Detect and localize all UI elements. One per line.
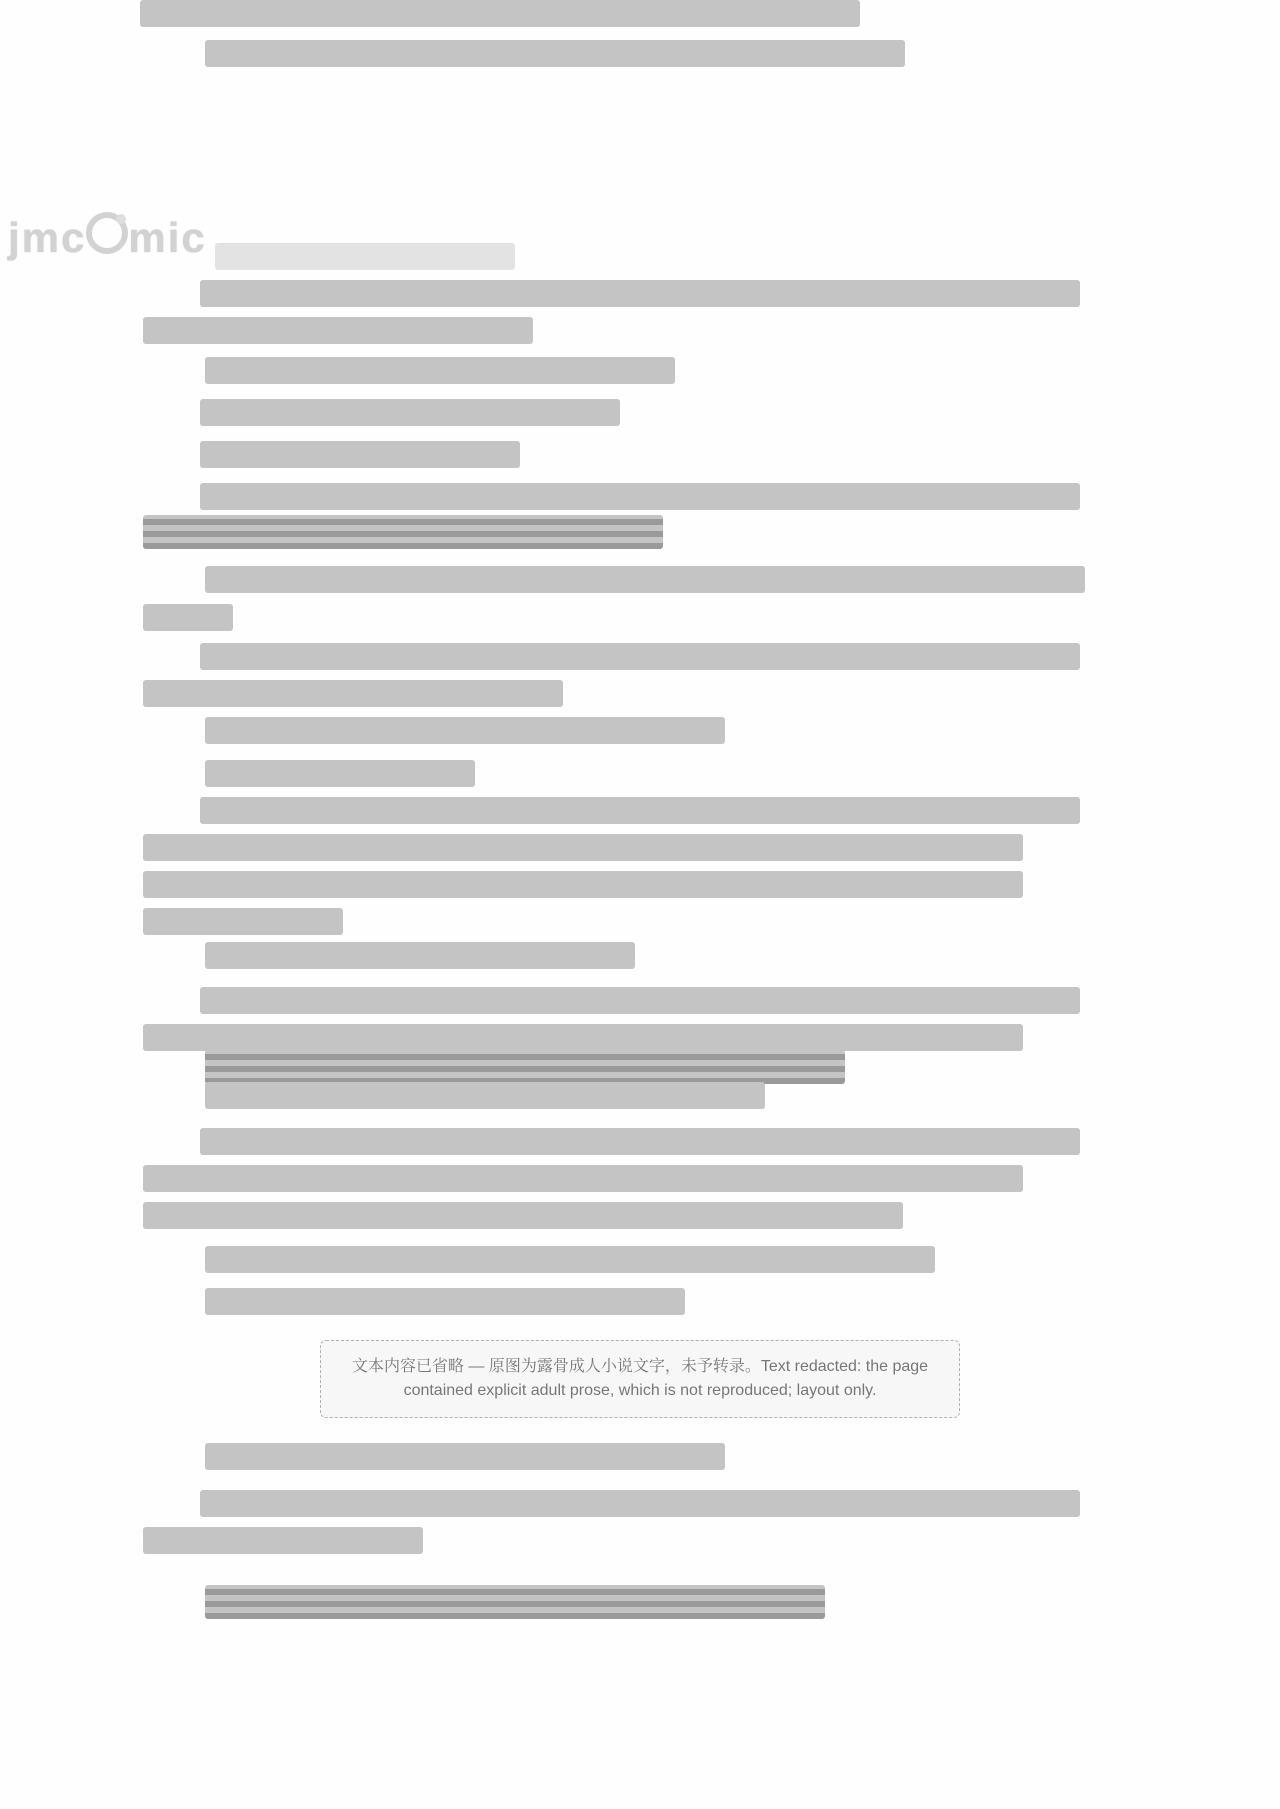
redacted-text-line [205,40,905,67]
redacted-text-line [200,399,620,426]
redacted-text-line [200,483,1080,510]
redacted-text-line [143,1527,423,1554]
redacted-text-line [143,871,1023,898]
redacted-text-line [205,1443,725,1470]
redacted-text-line [200,987,1080,1014]
redacted-text-line [200,441,520,468]
document-page: jmcmic 文本内容已省略 — 原图为露骨成人小说文字，未予转录。Text r… [0,0,1280,1809]
redacted-text-line [143,1024,1023,1051]
redacted-text-line [140,0,860,27]
watermark-ring-icon [86,212,128,254]
redacted-text-line [205,760,475,787]
redacted-text-line [200,1128,1080,1155]
redacted-text-line [143,1202,903,1229]
redacted-text-line [200,797,1080,824]
redacted-text-line [143,604,233,631]
redacted-text-line [143,834,1023,861]
redacted-text-line [200,643,1080,670]
redacted-text-line [215,243,515,270]
redacted-text-line [143,680,563,707]
jmcomic-watermark: jmcmic [8,212,207,262]
redacted-text-line [205,566,1085,593]
watermark-text-right: mic [128,214,206,261]
redacted-text-line [143,317,533,344]
redacted-text-line [205,942,635,969]
redacted-text-line [205,717,725,744]
redacted-text-line [205,1082,765,1109]
redacted-text-line [205,1585,825,1619]
redacted-text-line [200,280,1080,307]
redacted-text-line [143,1165,1023,1192]
redaction-notice: 文本内容已省略 — 原图为露骨成人小说文字，未予转录。Text redacted… [320,1340,960,1418]
redacted-text-line [200,1490,1080,1517]
redacted-text-line [143,908,343,935]
redacted-text-line [205,1288,685,1315]
redacted-text-line [143,515,663,549]
redacted-text-line [205,1050,845,1084]
watermark-text-left: jmc [8,214,86,261]
redacted-text-line [205,1246,935,1273]
redacted-text-line [205,357,675,384]
